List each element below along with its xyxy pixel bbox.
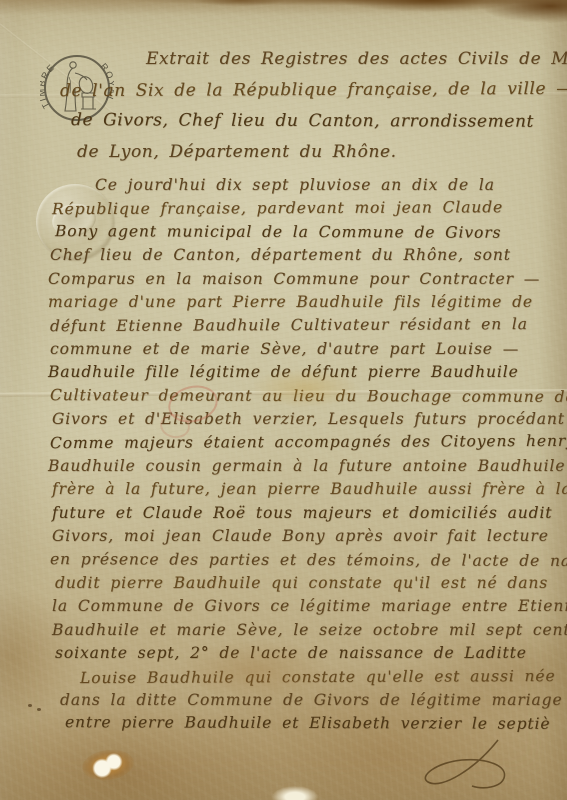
manuscript-line: Comparus en la maison Commune pour Contr… xyxy=(48,268,567,291)
manuscript-line: soixante sept, 2° de l'acte de naissance… xyxy=(55,642,567,665)
manuscript-line: future et Claude Roë tous majeurs et dom… xyxy=(52,502,567,525)
manuscript-line: mariage d'une part Pierre Baudhuile fils… xyxy=(48,291,567,314)
manuscript-line: de Givors, Chef lieu du Canton, arrondis… xyxy=(71,105,567,138)
manuscript-line: Ce jourd'hui dix sept pluviose an dix de… xyxy=(95,174,567,197)
pen-flourish xyxy=(380,738,540,796)
manuscript-line: de l'an Six de la République française, … xyxy=(60,74,567,107)
manuscript-line: Baudhuile cousin germain à la future ant… xyxy=(48,455,567,478)
manuscript-line: Louise Baudhuile qui constate qu'elle es… xyxy=(80,664,567,690)
manuscript-line: Chef lieu de Canton, département du Rhôn… xyxy=(50,244,567,267)
manuscript-line: entre pierre Baudhuile et Elisabeth verz… xyxy=(65,711,567,736)
manuscript-line: frère à la future, jean pierre Baudhuile… xyxy=(52,478,567,501)
manuscript-line: de Lyon, Département du Rhône. xyxy=(77,137,567,168)
manuscript-line: Bony agent municipal de la Commune de Gi… xyxy=(55,220,567,245)
top-edge-stain xyxy=(0,0,567,34)
manuscript-line: défunt Etienne Baudhuile Cultivateur rés… xyxy=(50,313,567,339)
manuscript-heading: Extrait des Registres des actes Civils d… xyxy=(0,44,567,168)
manuscript-line: dans la ditte Commune de Givors de légit… xyxy=(60,689,567,712)
manuscript-line: en présence des parties et des témoins, … xyxy=(50,548,567,573)
manuscript-line: République française, pardevant moi jean… xyxy=(52,196,567,222)
bottom-edge-spot xyxy=(272,786,318,800)
paper-tear-hole xyxy=(80,747,136,784)
manuscript-page: TIMBRE ROYAL Extrait des Registres des a… xyxy=(0,0,567,800)
manuscript-line: dudit pierre Baudhuile qui constate qu'i… xyxy=(55,572,567,595)
manuscript-line: Cultivateur demeurant au lieu du Bouchag… xyxy=(50,384,567,409)
manuscript-line: Extrait des Registres des actes Civils d… xyxy=(146,44,567,75)
manuscript-line: Givors, moi jean Claude Bony après avoir… xyxy=(52,525,567,548)
manuscript-line: Baudhuile fille légitime de défunt pierr… xyxy=(48,361,567,384)
manuscript-line: Givors et d'Elisabeth verzier, Lesquels … xyxy=(52,408,567,431)
manuscript-line: Baudhuile et marie Sève, le seize octobr… xyxy=(52,619,567,642)
manuscript-line: la Commune de Givors ce légitime mariage… xyxy=(52,595,567,618)
manuscript-line: Comme majeurs étaient accompagnés des Ci… xyxy=(50,430,567,456)
manuscript-line: commune et de marie Sève, d'autre part L… xyxy=(50,338,567,361)
manuscript-body: Ce jourd'hui dix sept pluviose an dix de… xyxy=(0,174,567,736)
